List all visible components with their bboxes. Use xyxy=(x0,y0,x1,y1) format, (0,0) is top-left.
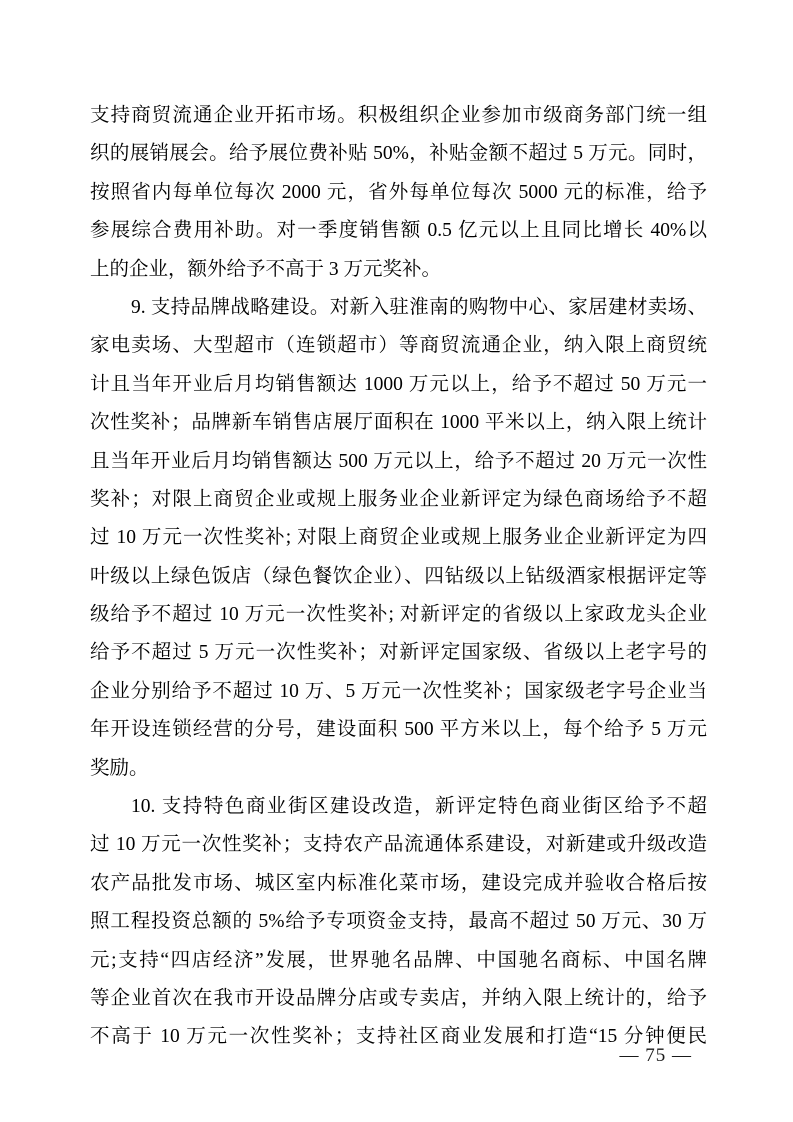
paragraph-item-10: 10. 支持特色商业街区建设改造，新评定特色商业街区给予不超 过 10 万元一次… xyxy=(90,788,707,1057)
text-line: 叶级以上绿色饭店（绿色餐饮企业）、四钻级以上钻级酒家根据评定等 xyxy=(90,558,707,596)
text-line: 过 10 万元一次性奖补；支持农产品流通体系建设，对新建或升级改造 xyxy=(90,826,707,864)
text-line: 支持商贸流通企业开拓市场。积极组织企业参加市级商务部门统一组 xyxy=(90,97,707,135)
text-line: 年开设连锁经营的分号，建设面积 500 平方米以上，每个给予 5 万元 xyxy=(90,711,707,749)
text-line: 级给予不超过 10 万元一次性奖补; 对新评定的省级以上家政龙头企业 xyxy=(90,596,707,634)
text-line: 参展综合费用补助。对一季度销售额 0.5 亿元以上且同比增长 40%以 xyxy=(90,212,707,250)
text-line: 次性奖补；品牌新车销售店展厅面积在 1000 平米以上，纳入限上统计 xyxy=(90,404,707,442)
text-line: 不高于 10 万元一次性奖补；支持社区商业发展和打造“15 分钟便民 xyxy=(90,1018,707,1056)
text-line: 计且当年开业后月均销售额达 1000 万元以上，给予不超过 50 万元一 xyxy=(90,366,707,404)
text-line: 10. 支持特色商业街区建设改造，新评定特色商业街区给予不超 xyxy=(90,788,707,826)
text-line: 给予不超过 5 万元一次性奖补；对新评定国家级、省级以上老字号的 xyxy=(90,634,707,672)
text-line: 农产品批发市场、城区室内标准化菜市场，建设完成并验收合格后按 xyxy=(90,865,707,903)
document-page: { "document": { "paragraphs": [ { "lines… xyxy=(0,0,793,1122)
text-line: 家电卖场、大型超市（连锁超市）等商贸流通企业，纳入限上商贸统 xyxy=(90,327,707,365)
text-line: 上的企业，额外给予不高于 3 万元奖补。 xyxy=(90,251,707,289)
text-line: 过 10 万元一次性奖补; 对限上商贸企业或规上服务业企业新评定为四 xyxy=(90,519,707,557)
page-number: — 75 — xyxy=(620,1043,693,1069)
text-line: 企业分别给予不超过 10 万、5 万元一次性奖补；国家级老字号企业当 xyxy=(90,673,707,711)
text-line: 奖补；对限上商贸企业或规上服务业企业新评定为绿色商场给予不超 xyxy=(90,481,707,519)
text-line: 按照省内每单位每次 2000 元，省外每单位每次 5000 元的标准，给予 xyxy=(90,174,707,212)
text-line: 9. 支持品牌战略建设。对新入驻淮南的购物中心、家居建材卖场、 xyxy=(90,289,707,327)
text-line: 且当年开业后月均销售额达 500 万元以上，给予不超过 20 万元一次性 xyxy=(90,443,707,481)
text-line: 元;支持“四店经济”发展，世界驰名品牌、中国驰名商标、中国名牌 xyxy=(90,942,707,980)
document-body: 支持商贸流通企业开拓市场。积极组织企业参加市级商务部门统一组 织的展销展会。给予… xyxy=(90,97,707,1057)
text-line: 照工程投资总额的 5%给予专项资金支持，最高不超过 50 万元、30 万 xyxy=(90,903,707,941)
text-line: 奖励。 xyxy=(90,750,707,788)
text-line: 织的展销展会。给予展位费补贴 50%，补贴金额不超过 5 万元。同时， xyxy=(90,135,707,173)
paragraph-item-9: 9. 支持品牌战略建设。对新入驻淮南的购物中心、家居建材卖场、 家电卖场、大型超… xyxy=(90,289,707,788)
paragraph-continuation: 支持商贸流通企业开拓市场。积极组织企业参加市级商务部门统一组 织的展销展会。给予… xyxy=(90,97,707,289)
text-line: 等企业首次在我市开设品牌分店或专卖店，并纳入限上统计的，给予 xyxy=(90,980,707,1018)
